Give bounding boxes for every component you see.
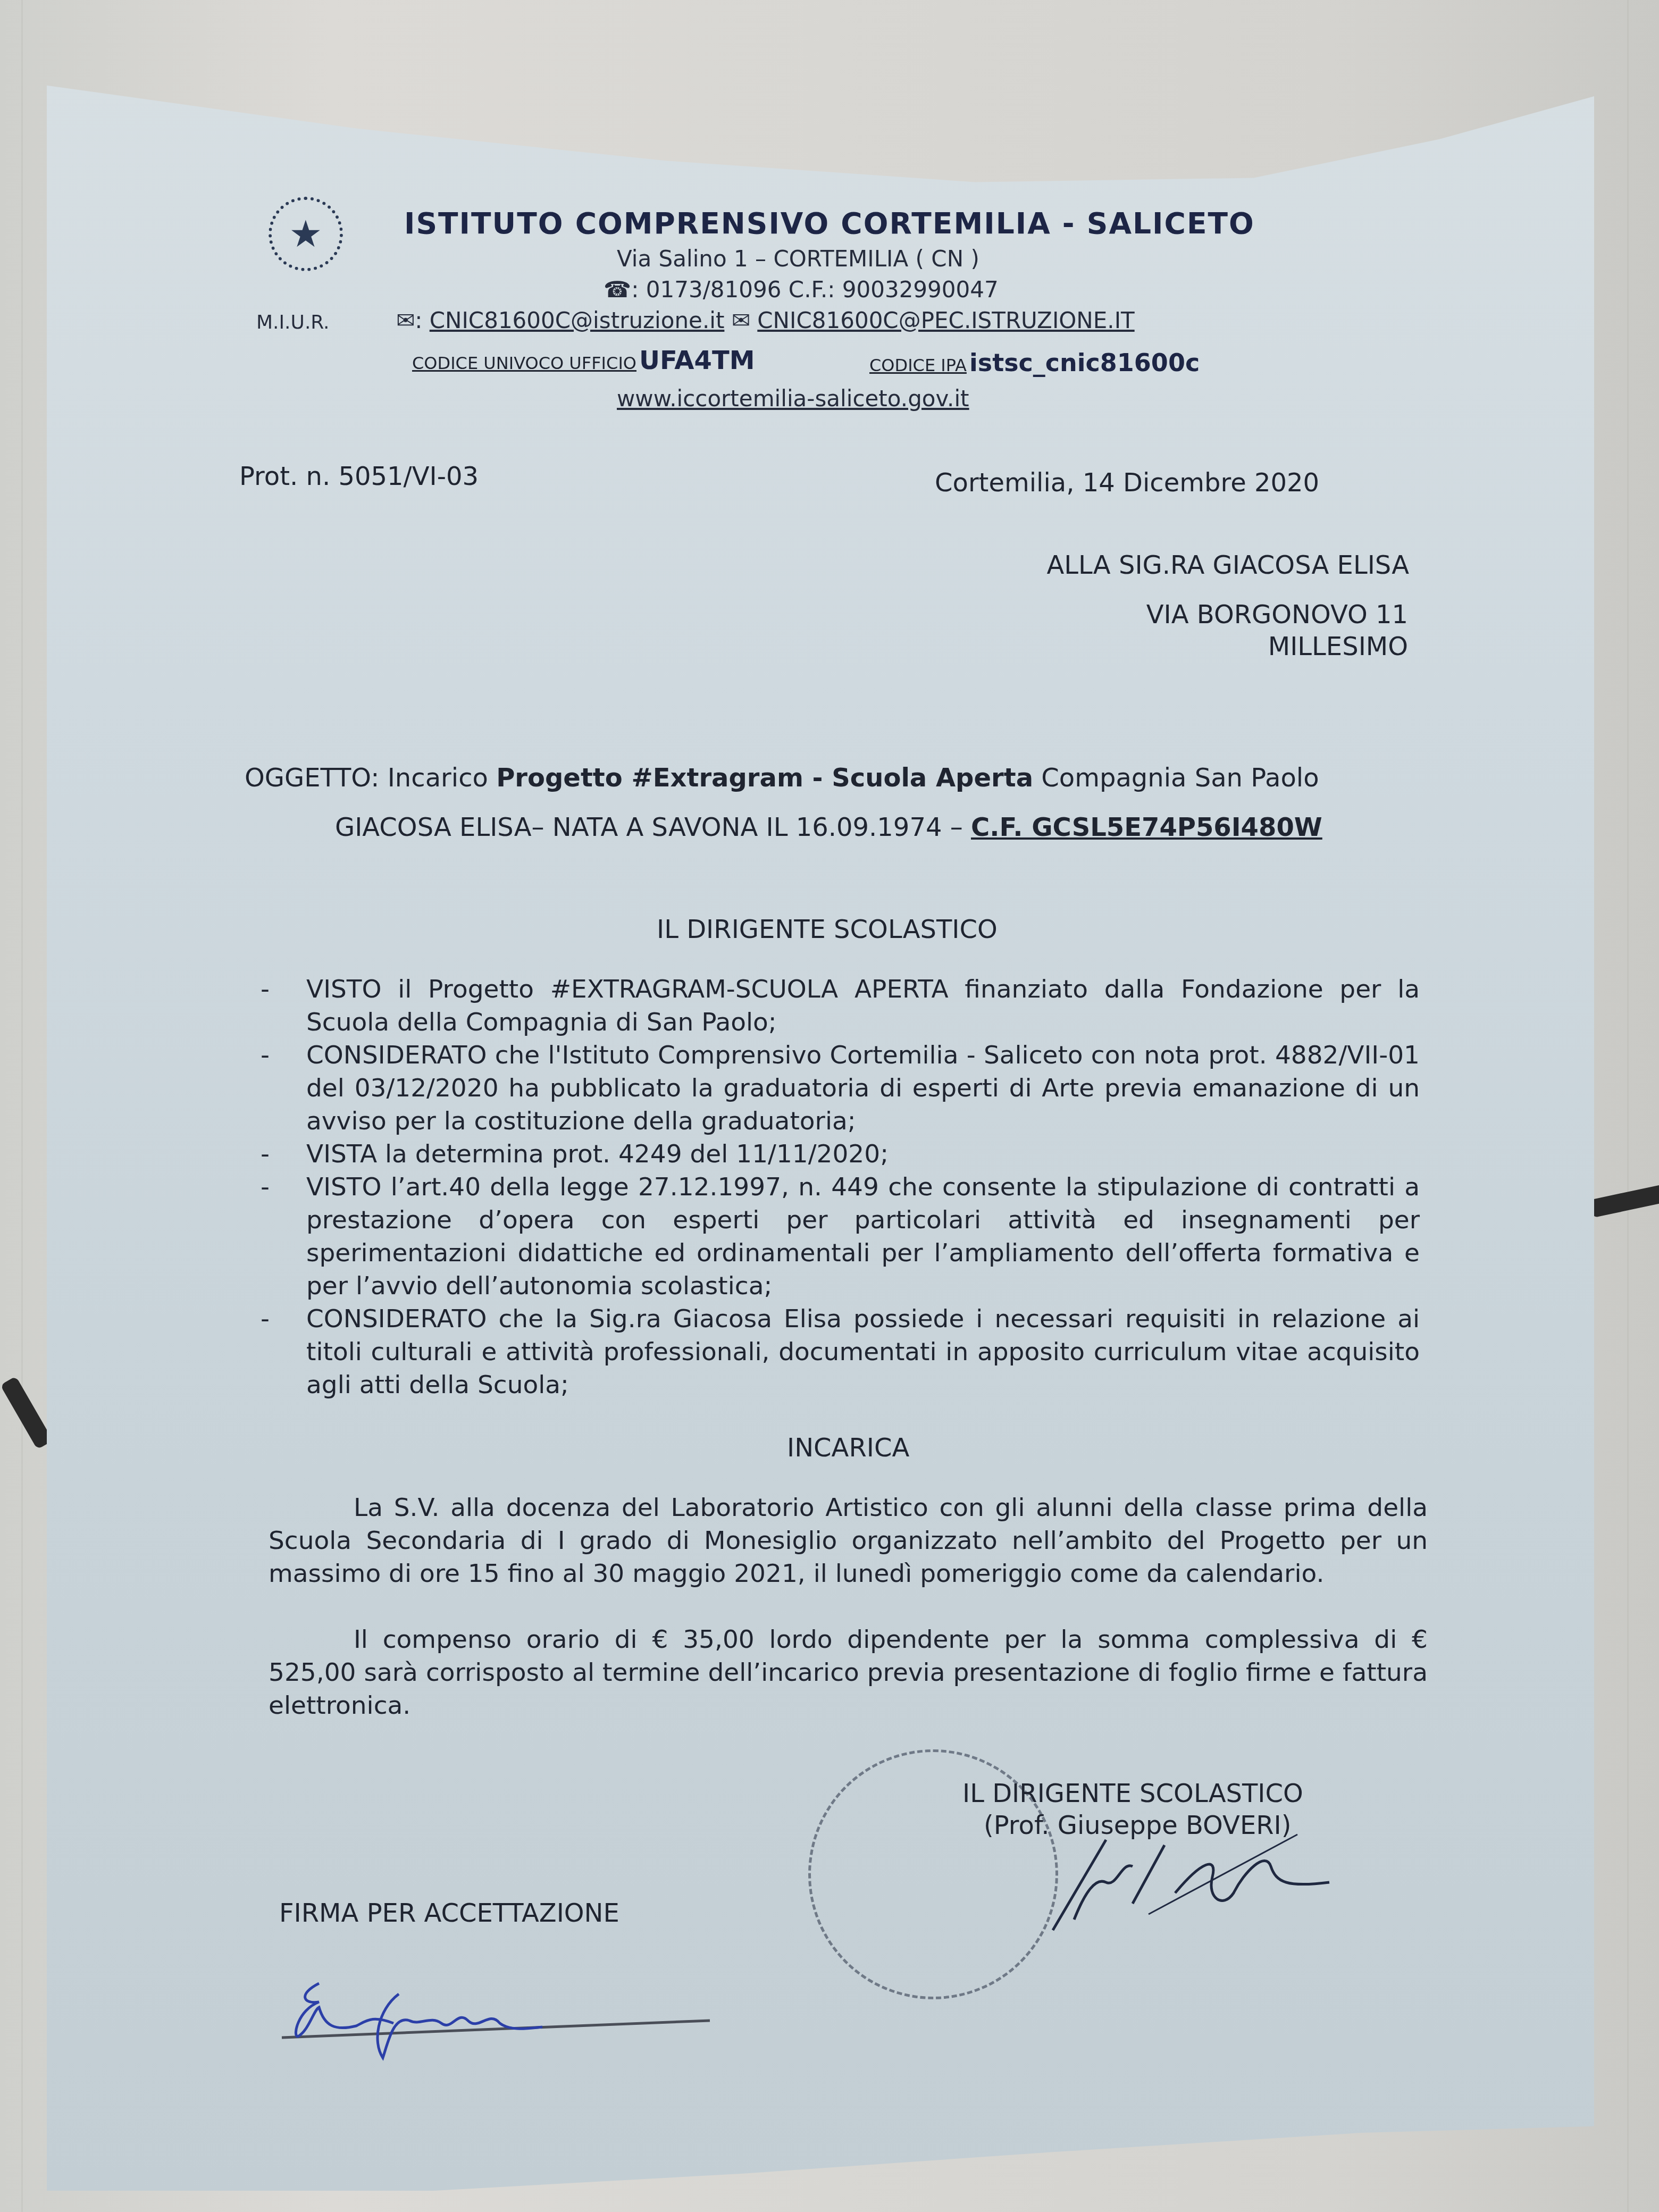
background-texture [21,0,23,2212]
acceptance-label: FIRMA PER ACCETTAZIONE [279,1898,619,1928]
phone-line: ☎: 0173/81096 C.F.: 90032990047 [604,276,999,303]
handwritten-signature-icon [1042,1829,1340,1935]
place-date: Cortemilia, 14 Dicembre 2020 [935,468,1319,498]
italian-republic-emblem-icon: ★ [269,197,343,271]
envelope-icon: ✉ [396,307,415,333]
email-link[interactable]: CNIC81600C@istruzione.it [430,307,725,333]
phone-icon: ☎ [604,276,631,303]
tax-code: C.F. GCSL5E74P56I480W [971,812,1322,842]
decision-paragraph-compensation: Il compenso orario di € 35,00 lordo dipe… [269,1623,1428,1722]
list-item: -CONSIDERATO che la Sig.ra Giacosa Elisa… [261,1303,1420,1402]
decision-paragraph-assignment: La S.V. alla docenza del Laboratorio Art… [269,1492,1428,1590]
codice-univoco: CODICE UNIVOCO UFFICIO UFA4TM [412,346,755,375]
signer-title: IL DIRIGENTE SCOLASTICO [962,1779,1303,1808]
list-item: -CONSIDERATO che l'Istituto Comprensivo … [261,1039,1420,1138]
codice-ipa: CODICE IPA istsc_cnic81600c [869,348,1200,377]
recipient-city: MILLESIMO [1268,632,1408,661]
recipient-street: VIA BORGONOVO 11 [1146,600,1408,630]
background-texture [1627,0,1629,2212]
pec-link[interactable]: CNIC81600C@PEC.ISTRUZIONE.IT [757,307,1134,333]
email-line: ✉: CNIC81600C@istruzione.it ✉ CNIC81600C… [396,307,1135,333]
decision-heading: INCARICA [787,1433,909,1463]
tile-grout-line [1589,1183,1659,1218]
list-item: -VISTA la determina prot. 4249 del 11/11… [261,1138,1420,1171]
subject-person-line: GIACOSA ELISA– NATA A SAVONA IL 16.09.19… [335,812,1322,842]
issuer-heading: IL DIRIGENTE SCOLASTICO [657,915,998,944]
ministry-label: M.I.U.R. [256,312,330,333]
protocol-number: Prot. n. 5051/VI-03 [239,462,479,491]
website-link[interactable]: www.iccortemilia-saliceto.gov.it [617,386,969,412]
institute-address: Via Salino 1 – CORTEMILIA ( CN ) [617,246,979,272]
tile-grout-line [0,1376,53,1449]
institute-name: ISTITUTO COMPRENSIVO CORTEMILIA - SALICE… [404,206,1255,240]
handwritten-signature-icon[interactable] [276,1978,713,2074]
premises-list: -VISTO il Progetto #EXTRAGRAM-SCUOLA APE… [261,973,1420,1402]
list-item: -VISTO il Progetto #EXTRAGRAM-SCUOLA APE… [261,973,1420,1039]
subject-line: OGGETTO: Incarico Progetto #Extragram - … [245,763,1319,793]
recipient-name: ALLA SIG.RA GIACOSA ELISA [1046,550,1409,580]
envelope-icon: ✉ [732,307,750,333]
list-item: -VISTO l’art.40 della legge 27.12.1997, … [261,1171,1420,1303]
